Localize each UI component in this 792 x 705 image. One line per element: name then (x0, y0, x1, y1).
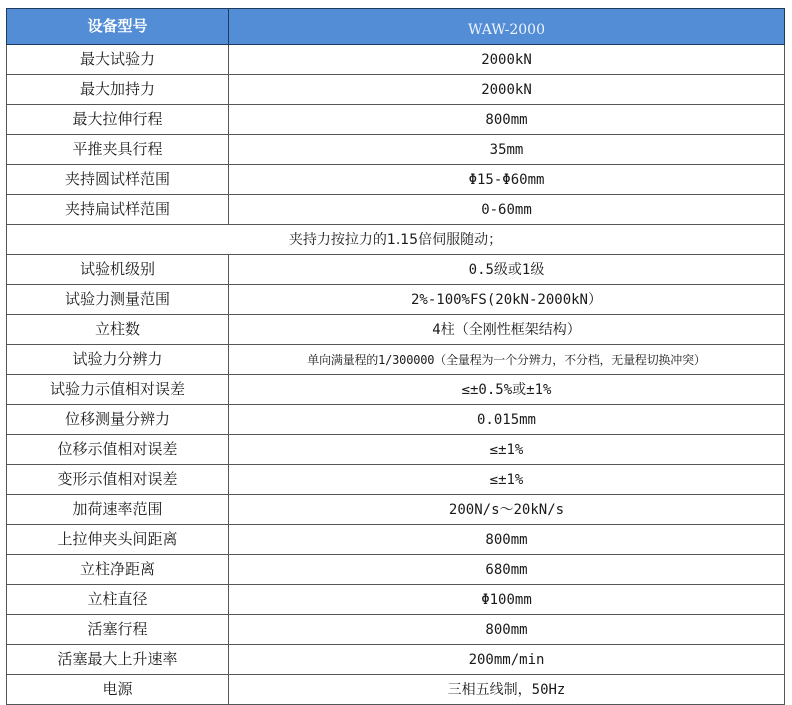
spec-value: 800mm (229, 525, 785, 555)
spec-value: 200N/s～20kN/s (229, 495, 785, 525)
spec-value: 4柱（全刚性框架结构） (229, 315, 785, 345)
header-model-value: WAW-2000 (229, 9, 785, 45)
spec-label: 立柱净距离 (7, 555, 229, 585)
table-row: 最大拉伸行程 800mm (7, 105, 785, 135)
table-row: 试验力分辨力 单向满量程的1/300000（全量程为一个分辨力，不分档，无量程切… (7, 345, 785, 375)
spec-label: 试验力测量范围 (7, 285, 229, 315)
table-row: 最大试验力 2000kN (7, 45, 785, 75)
spec-label: 电源 (7, 675, 229, 705)
spec-label: 立柱直径 (7, 585, 229, 615)
table-row: 立柱净距离 680mm (7, 555, 785, 585)
spec-label: 位移测量分辨力 (7, 405, 229, 435)
spec-label: 试验力示值相对误差 (7, 375, 229, 405)
spec-label: 活塞行程 (7, 615, 229, 645)
spec-label: 试验力分辨力 (7, 345, 229, 375)
table-row: 试验力测量范围 2%-100%FS(20kN-2000kN） (7, 285, 785, 315)
table-row: 立柱直径 Φ100mm (7, 585, 785, 615)
spec-value: 2%-100%FS(20kN-2000kN） (229, 285, 785, 315)
table-row: 活塞行程 800mm (7, 615, 785, 645)
spec-value: 800mm (229, 615, 785, 645)
table-row: 最大加持力 2000kN (7, 75, 785, 105)
spec-value: 单向满量程的1/300000（全量程为一个分辨力，不分档，无量程切换冲突） (229, 345, 785, 375)
spec-value: 2000kN (229, 45, 785, 75)
table-row: 上拉伸夹头间距离 800mm (7, 525, 785, 555)
spec-value: Φ15-Φ60mm (229, 165, 785, 195)
header-label: 设备型号 (7, 9, 229, 45)
table-row: 变形示值相对误差 ≤±1% (7, 465, 785, 495)
spec-value: Φ100mm (229, 585, 785, 615)
table-row: 位移示值相对误差 ≤±1% (7, 435, 785, 465)
table-row: 位移测量分辨力 0.015mm (7, 405, 785, 435)
table-row: 试验力示值相对误差 ≤±0.5%或±1% (7, 375, 785, 405)
merged-note-row: 夹持力按拉力的1.15倍伺服随动； (7, 225, 785, 255)
spec-value: ≤±1% (229, 435, 785, 465)
spec-label: 变形示值相对误差 (7, 465, 229, 495)
spec-label: 试验机级别 (7, 255, 229, 285)
spec-value: 0.015mm (229, 405, 785, 435)
spec-value: 800mm (229, 105, 785, 135)
spec-value: ≤±0.5%或±1% (229, 375, 785, 405)
spec-label: 最大拉伸行程 (7, 105, 229, 135)
spec-label: 最大加持力 (7, 75, 229, 105)
table-row: 加荷速率范围 200N/s～20kN/s (7, 495, 785, 525)
spec-table: 设备型号 WAW-2000 最大试验力 2000kN 最大加持力 2000kN … (6, 8, 785, 705)
table-row: 立柱数 4柱（全刚性框架结构） (7, 315, 785, 345)
spec-label: 夹持扁试样范围 (7, 195, 229, 225)
spec-label: 夹持圆试样范围 (7, 165, 229, 195)
spec-value: ≤±1% (229, 465, 785, 495)
spec-label: 立柱数 (7, 315, 229, 345)
spec-label: 最大试验力 (7, 45, 229, 75)
spec-label: 加荷速率范围 (7, 495, 229, 525)
table-row: 夹持扁试样范围 0-60mm (7, 195, 785, 225)
table-row: 活塞最大上升速率 200mm/min (7, 645, 785, 675)
table-row: 电源 三相五线制，50Hz (7, 675, 785, 705)
spec-value: 200mm/min (229, 645, 785, 675)
spec-value: 35mm (229, 135, 785, 165)
spec-value: 2000kN (229, 75, 785, 105)
spec-label: 位移示值相对误差 (7, 435, 229, 465)
spec-label: 上拉伸夹头间距离 (7, 525, 229, 555)
table-row: 平推夹具行程 35mm (7, 135, 785, 165)
spec-value: 三相五线制，50Hz (229, 675, 785, 705)
table-row: 夹持圆试样范围 Φ15-Φ60mm (7, 165, 785, 195)
table-header-row: 设备型号 WAW-2000 (7, 9, 785, 45)
spec-value: 680mm (229, 555, 785, 585)
spec-label: 平推夹具行程 (7, 135, 229, 165)
merged-note: 夹持力按拉力的1.15倍伺服随动； (7, 225, 785, 255)
spec-value: 0-60mm (229, 195, 785, 225)
spec-label: 活塞最大上升速率 (7, 645, 229, 675)
table-row: 试验机级别 0.5级或1级 (7, 255, 785, 285)
spec-value: 0.5级或1级 (229, 255, 785, 285)
